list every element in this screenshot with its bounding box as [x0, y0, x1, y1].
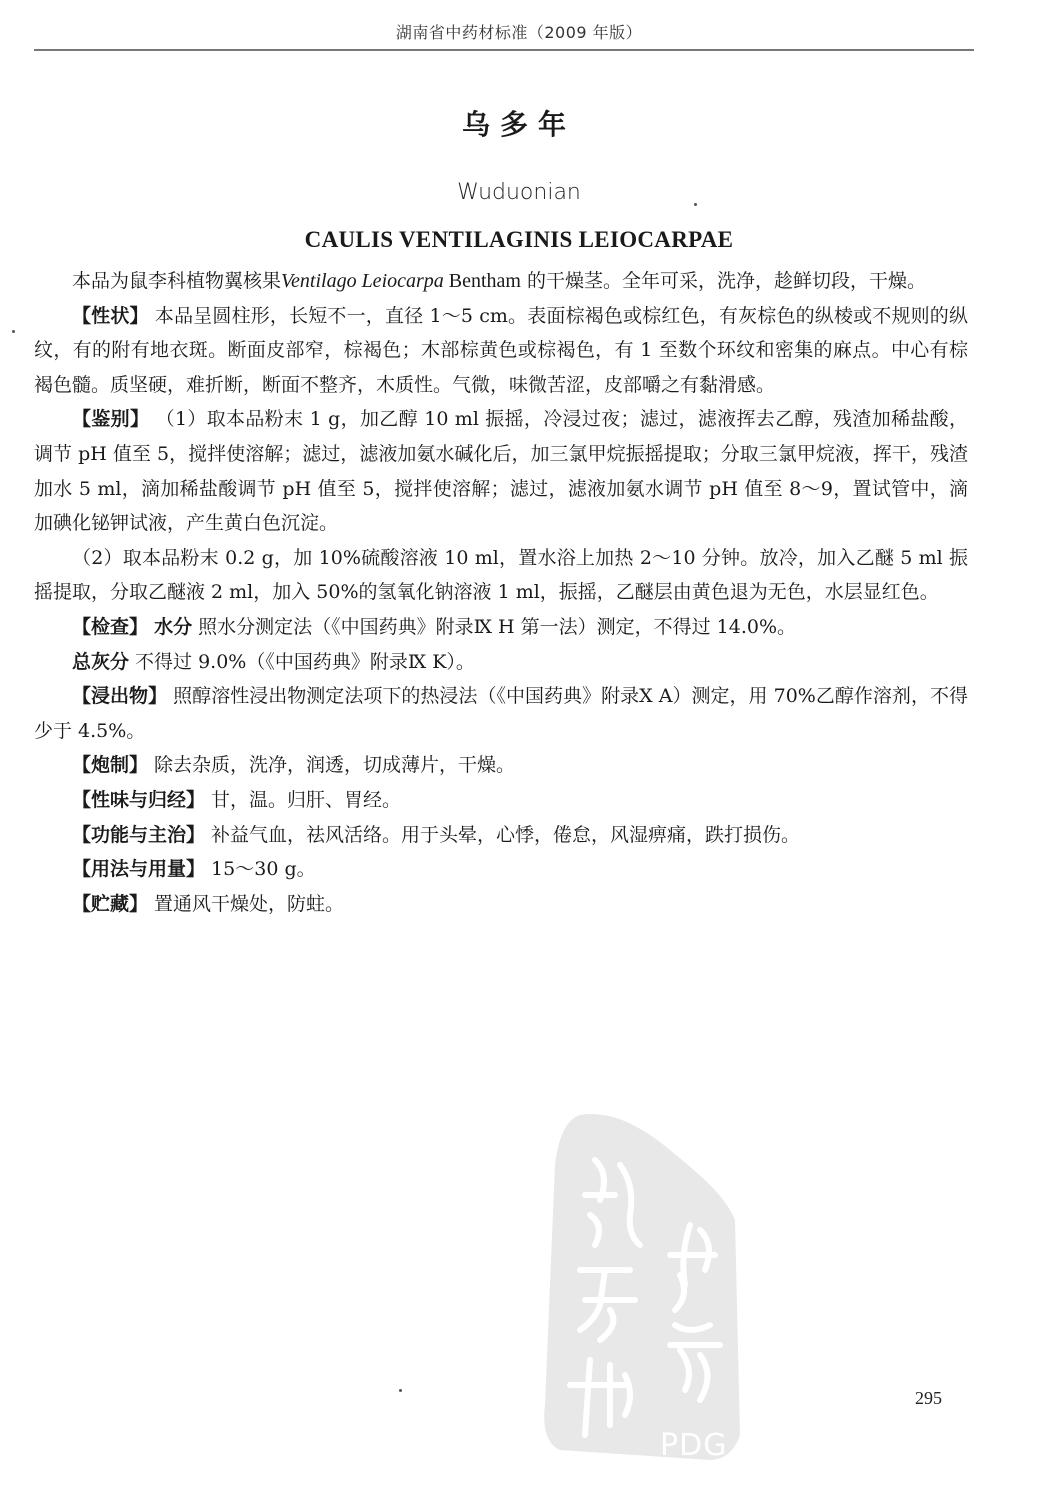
monograph-body: 本品为鼠李科植物翼核果Ventilago Leiocarpa Bentham 的… [34, 264, 968, 921]
section-text: 不得过 9.0%（《中国药典》附录Ⅸ K）。 [129, 651, 475, 673]
section-label: 【贮藏】 [72, 893, 148, 915]
species-author: Bentham [444, 270, 521, 292]
section-label: 【检查】 [72, 616, 148, 638]
section-label: 【浸出物】 [72, 685, 167, 707]
running-header: 湖南省中药材标准（2009 年版） [0, 20, 1038, 43]
monograph-title-latin: CAULIS VENTILAGINIS LEIOCARPAE [0, 227, 1038, 253]
section-dosage: 【用法与用量】 15～30 g。 [34, 852, 968, 887]
section-label: 【炮制】 [72, 754, 148, 776]
section-text: 照水分测定法（《中国药典》附录Ⅸ H 第一法）测定，不得过 14.0%。 [192, 616, 796, 638]
scan-speck [399, 1389, 402, 1392]
section-text: 15～30 g。 [205, 858, 316, 880]
seal-stamp-icon [540, 1105, 760, 1475]
section-label: 【用法与用量】 [72, 858, 205, 880]
scan-speck [12, 330, 15, 333]
section-inspection: 【检查】 水分 照水分测定法（《中国药典》附录Ⅸ H 第一法）测定，不得过 14… [34, 610, 968, 645]
section-text: 除去杂质，洗净，润透，切成薄片，干燥。 [148, 754, 515, 776]
monograph-title-pinyin: Wuduonian [0, 180, 1038, 205]
section-text: 本品呈圆柱形，长短不一，直径 1～5 cm。表面棕褐色或棕红色，有灰棕色的纵棱或… [34, 305, 968, 396]
section-label: 【鉴别】 [72, 408, 149, 430]
section-label: 【性状】 [72, 305, 149, 327]
section-label: 【功能与主治】 [72, 824, 205, 846]
watermark-text: PDG [660, 1428, 727, 1463]
intro-text: 本品为鼠李科植物翼核果 [72, 270, 281, 292]
section-inspection-ash: 总灰分 不得过 9.0%（《中国药典》附录Ⅸ K）。 [34, 645, 968, 680]
sub-label-total-ash: 总灰分 [72, 651, 129, 673]
section-characters: 【性状】 本品呈圆柱形，长短不一，直径 1～5 cm。表面棕褐色或棕红色，有灰棕… [34, 299, 968, 403]
section-identification: 【鉴别】 （1）取本品粉末 1 g，加乙醇 10 ml 振摇，冷浸过夜；滤过，滤… [34, 402, 968, 540]
section-processing: 【炮制】 除去杂质，洗净，润透，切成薄片，干燥。 [34, 748, 968, 783]
section-text: 甘，温。归肝、胃经。 [205, 789, 401, 811]
section-text: （2）取本品粉末 0.2 g，加 10%硫酸溶液 10 ml，置水浴上加热 2～… [34, 547, 968, 604]
species-latin-name: Ventilago Leiocarpa [281, 270, 444, 292]
section-text: 照醇溶性浸出物测定法项下的热浸法（《中国药典》附录Ⅹ A）测定，用 70%乙醇作… [34, 685, 968, 742]
section-label: 【性味与归经】 [72, 789, 205, 811]
document-page: 湖南省中药材标准（2009 年版） 乌多年 Wuduonian CAULIS V… [0, 0, 1038, 1505]
section-identification-item-2: （2）取本品粉末 0.2 g，加 10%硫酸溶液 10 ml，置水浴上加热 2～… [34, 541, 968, 610]
sub-label-water: 水分 [154, 616, 192, 638]
monograph-title-chinese: 乌多年 [0, 103, 1038, 143]
intro-paragraph: 本品为鼠李科植物翼核果Ventilago Leiocarpa Bentham 的… [34, 264, 968, 299]
section-text: 置通风干燥处，防蛀。 [148, 893, 344, 915]
page-number: 295 [915, 1388, 942, 1409]
section-extractives: 【浸出物】 照醇溶性浸出物测定法项下的热浸法（《中国药典》附录Ⅹ A）测定，用 … [34, 679, 968, 748]
section-functions: 【功能与主治】 补益气血，祛风活络。用于头晕，心悸，倦怠，风湿痹痛，跌打损伤。 [34, 818, 968, 853]
section-text: （1）取本品粉末 1 g，加乙醇 10 ml 振摇，冷浸过夜；滤过，滤液挥去乙醇… [34, 408, 968, 534]
scan-speck [694, 203, 697, 206]
section-text: 补益气血，祛风活络。用于头晕，心悸，倦怠，风湿痹痛，跌打损伤。 [205, 824, 800, 846]
section-storage: 【贮藏】 置通风干燥处，防蛀。 [34, 887, 968, 922]
header-divider [34, 49, 974, 51]
section-nature-meridian: 【性味与归经】 甘，温。归肝、胃经。 [34, 783, 968, 818]
intro-text-continued: 的干燥茎。全年可采，洗净，趁鲜切段，干燥。 [521, 270, 926, 292]
